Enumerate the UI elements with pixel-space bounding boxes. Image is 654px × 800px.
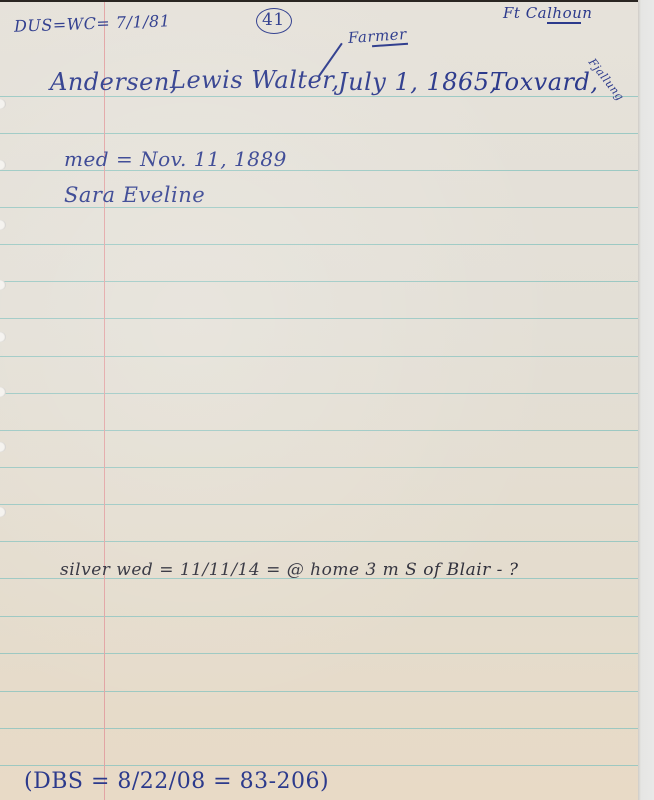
ruled-line	[0, 96, 638, 97]
ruled-line	[0, 207, 638, 208]
ruled-line	[0, 356, 638, 357]
marriage-line: med = Nov. 11, 1889	[64, 147, 287, 171]
ruled-line	[0, 504, 638, 505]
ruled-line	[0, 393, 638, 394]
binder-hole	[0, 442, 6, 452]
ruled-line	[0, 430, 638, 431]
ruled-line	[0, 281, 638, 282]
ruled-line	[0, 616, 638, 617]
binder-hole	[0, 280, 6, 290]
ruled-line	[0, 244, 638, 245]
location-note: Ft Calhoun	[503, 4, 592, 22]
footer-reference-note: (DBS = 8/22/08 = 83-206)	[24, 769, 329, 794]
binder-hole	[0, 160, 6, 170]
entry-given-names: Lewis Walter,	[170, 66, 340, 94]
entry-birth-date: July 1, 1865,	[338, 68, 498, 96]
ruled-line	[0, 765, 638, 766]
location-underline	[547, 22, 581, 24]
header-reference-note: DUS=WC= 7/1/81	[14, 11, 171, 35]
ruled-line	[0, 467, 638, 468]
spouse-name: Sara Eveline	[64, 183, 205, 207]
binder-hole	[0, 99, 6, 109]
binder-hole	[0, 220, 6, 230]
red-margin-line	[104, 2, 105, 800]
entry-birth-place: Toxvard,	[490, 68, 598, 96]
scan-background-strip	[638, 0, 654, 800]
ruled-line	[0, 318, 638, 319]
binder-hole	[0, 507, 6, 517]
entry-surname: Andersen,	[50, 68, 178, 96]
notebook-page: DUS=WC= 7/1/81 41 Ft Calhoun Farmer Ande…	[0, 2, 638, 800]
ruled-line	[0, 133, 638, 134]
binder-hole	[0, 387, 6, 397]
ruled-line	[0, 653, 638, 654]
silver-wedding-line: silver wed = 11/11/14 = @ home 3 m S of …	[60, 560, 518, 580]
binder-hole	[0, 332, 6, 342]
page-number: 41	[262, 10, 285, 30]
ruled-line	[0, 541, 638, 542]
ruled-line	[0, 691, 638, 692]
ruled-line	[0, 728, 638, 729]
